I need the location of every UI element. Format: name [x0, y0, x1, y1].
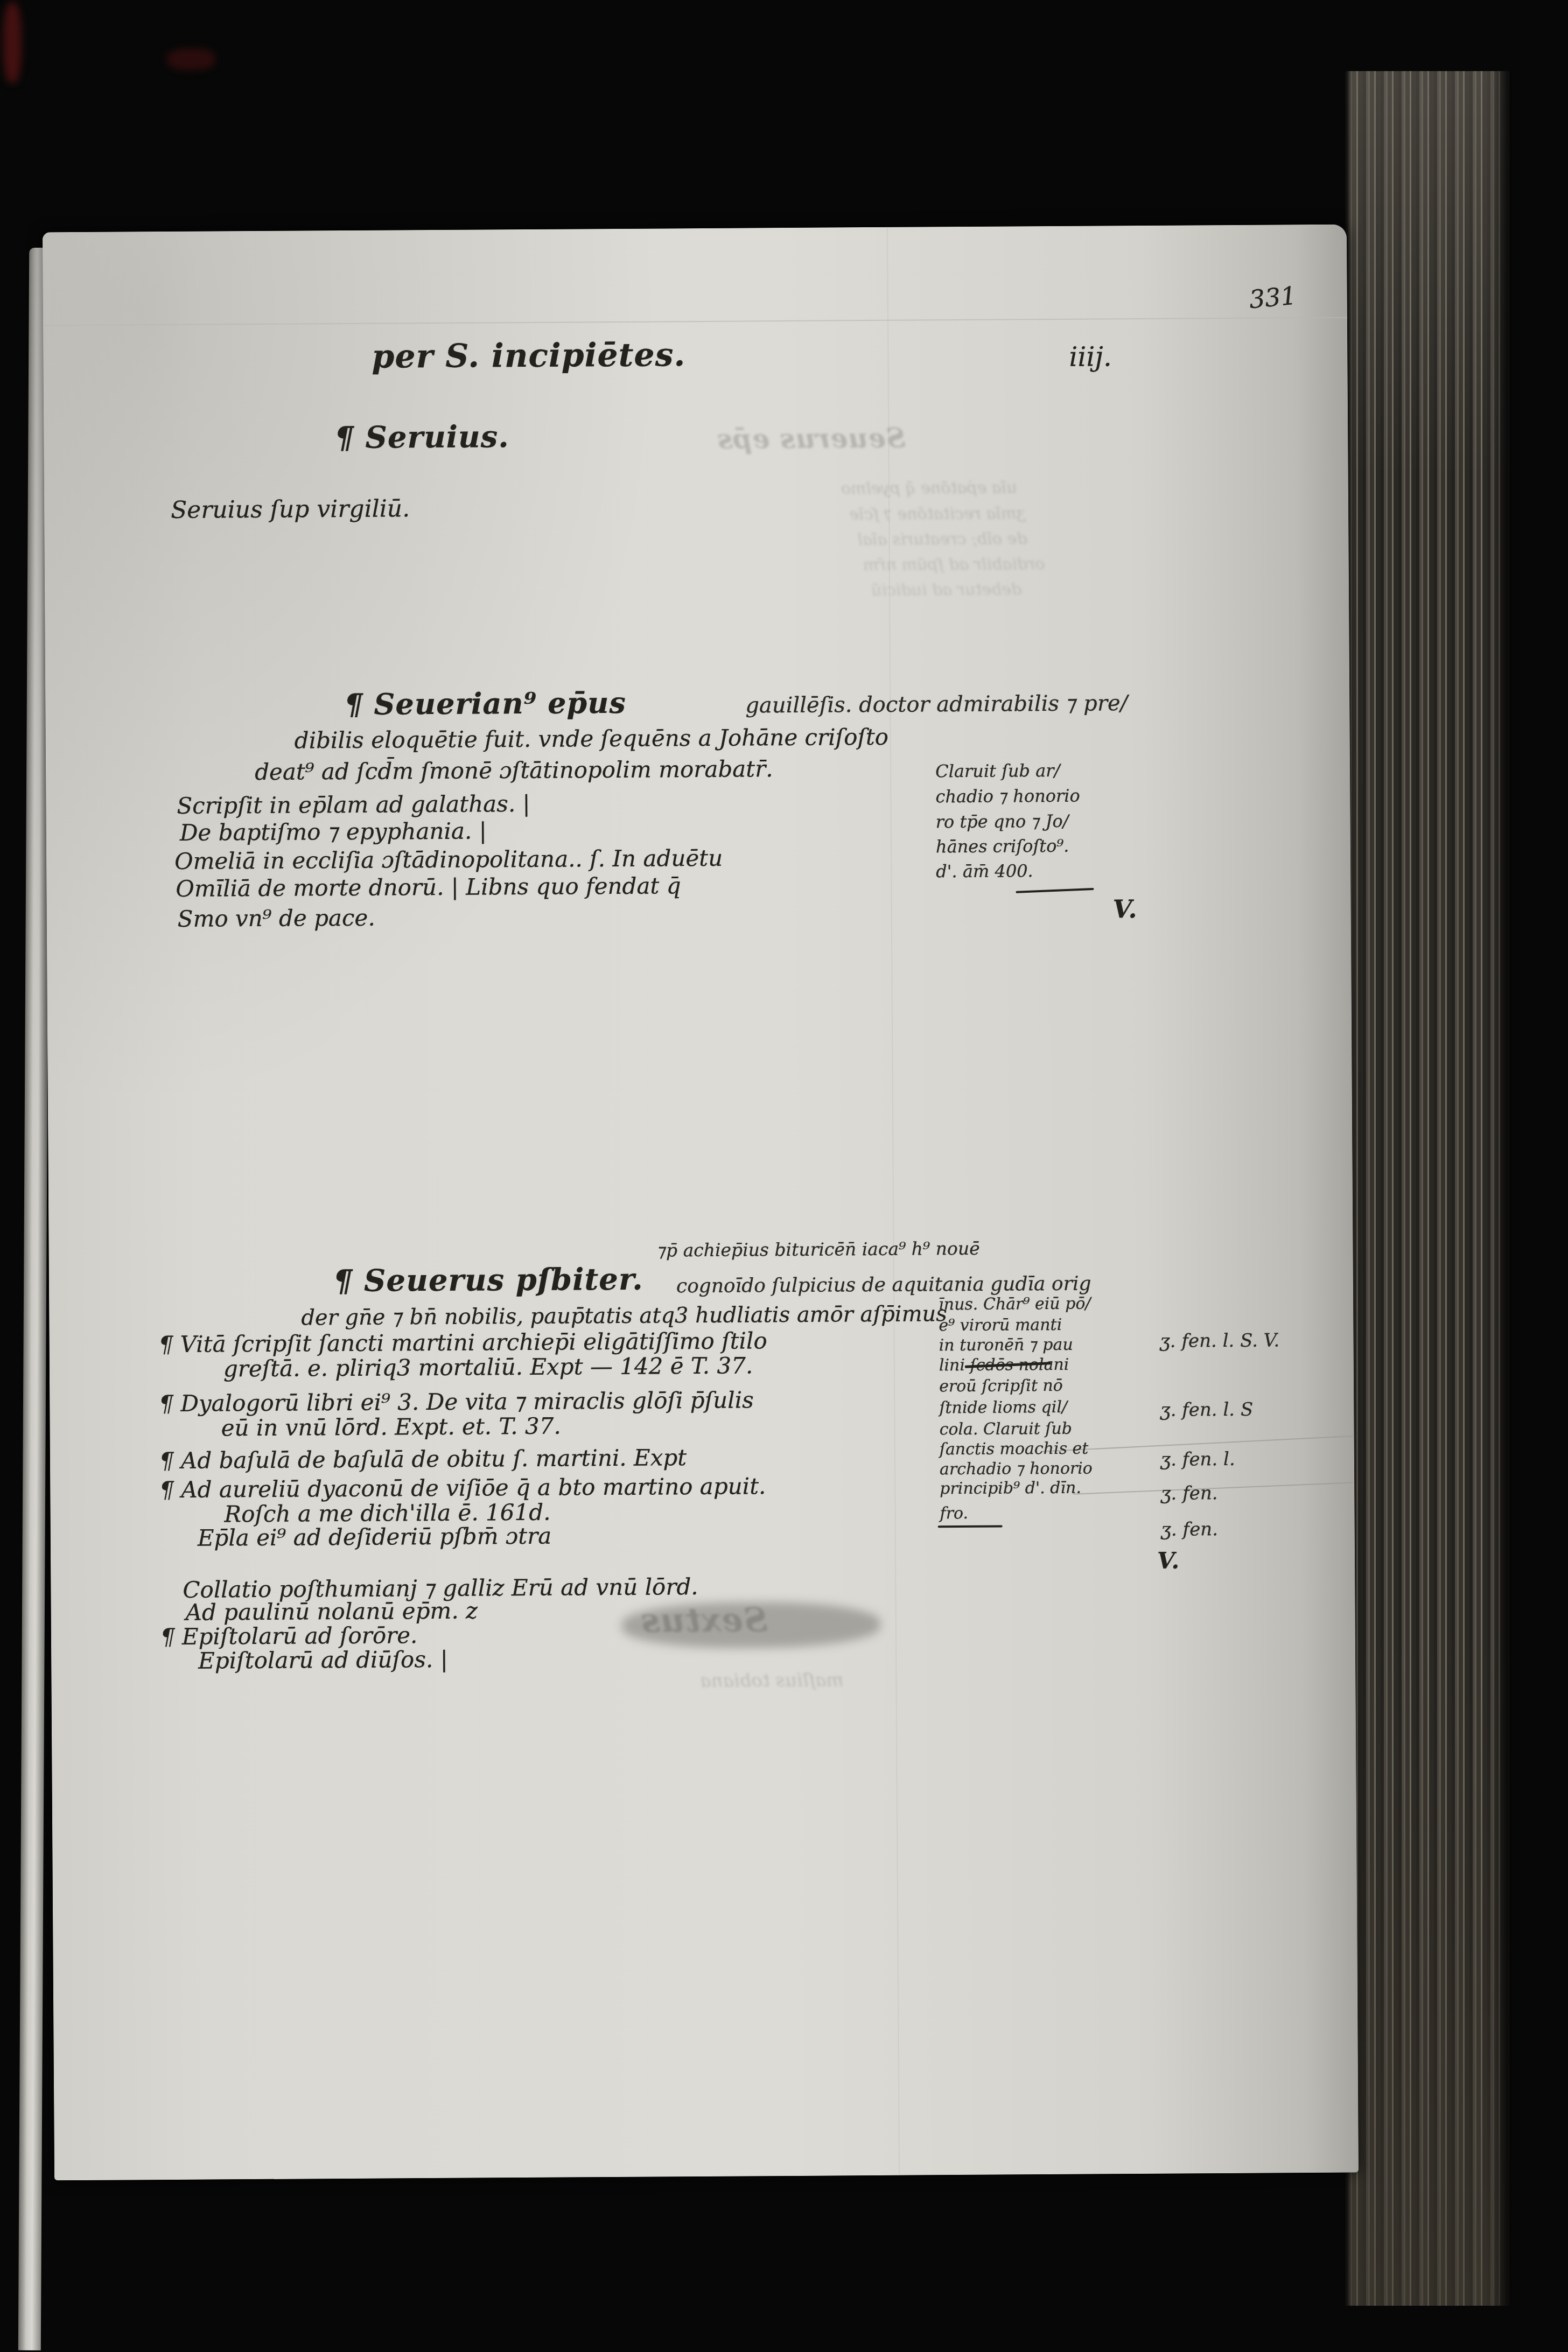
underline-stroke [1016, 888, 1094, 893]
severianus-margin-letter: V. [1113, 894, 1138, 923]
severus-work-line: Epiſtolarū ad diūſos. | [198, 1646, 448, 1674]
severus-margin-note: e⁹ virorū manti [939, 1315, 1062, 1335]
show-through-line: de oīb; creaturis aīal [857, 529, 1027, 549]
severianus-paragraph-line: deat⁹ ad ſcd̄m ſmonē ɔſtātinopolim morab… [255, 755, 773, 785]
severianus-work-line: De baptiſmo ⁊ epyphania. | [180, 817, 487, 845]
severus-margin-note: ſanctis moachis et [940, 1439, 1089, 1459]
severus-work-line: ¶ Ad aureliū dyaconū de viſiōe q̄ a bto … [159, 1473, 766, 1503]
severus-margin-note: in turonēn̄ ⁊ pau [939, 1335, 1073, 1355]
severus-margin-note: īnus. Chār⁹ eiū pō/ [939, 1294, 1091, 1314]
severus-work-line: greſtā. e. pliriq3 mortaliū. Expt — 142 … [223, 1352, 753, 1382]
show-through-line: uīa eṗatōne q̄ pyelmo [841, 478, 1017, 498]
severus-work-line: eū in vnū lōrd. Expt. et. T. 37. [221, 1413, 561, 1441]
severus-work-line: ¶ Ad baſulā de baſulā de obitu ſ. martin… [159, 1444, 687, 1474]
shelfmark-annotation: ʒ. fen. [1160, 1482, 1217, 1504]
show-through-line: ordiabilr ad ſpūm nr̄m [863, 555, 1045, 575]
severianus-work-line: Smo vn⁹ de pace. [178, 905, 375, 932]
severianus-heading: ¶ Seuerian⁹ ep̄us [344, 685, 626, 722]
severus-work-line: ¶ Epiſtolarū ad ſorōre. [160, 1622, 418, 1650]
red-archive-mark [3, 2, 22, 83]
severus-work-line: Ad paulinū nolanū ep̄m. z [185, 1598, 478, 1626]
severianus-margin-note: d'. ām̄ 400. [936, 860, 1033, 881]
severianus-margin-note: chadio ⁊ honorio [935, 786, 1080, 807]
servius-heading: ¶ Seruius. [334, 419, 509, 456]
servius-subline: Seruius ſup virgiliū. [171, 495, 410, 524]
underline-stroke [938, 1525, 1003, 1528]
severianus-margin-note: Claruit ſub ar/ [935, 760, 1060, 781]
severianus-paragraph-line: dibilis eloquētie fuit. vnde ſequēns a J… [295, 724, 889, 754]
severus-margin-letter: V. [1157, 1548, 1180, 1574]
severus-work-line: ¶ Dyalogorū libri ei⁹ 3. De vita ⁊ mirac… [159, 1387, 754, 1417]
folio-number: 331 [1248, 281, 1297, 314]
show-through-heading: Seuerus ep̄s [717, 422, 906, 455]
manuscript-page: 331 per S. incipiētes. iiij. ¶ Seruius. … [43, 225, 1359, 2181]
shelfmark-annotation: ʒ. fen. l. [1160, 1448, 1235, 1471]
severus-heading-cont: cognoīdo ſulpicius de aquitania gudīa or… [676, 1273, 1091, 1298]
severianus-margin-note: ro tp̄e qno ⁊ Jo/ [936, 811, 1069, 832]
severus-interlinear-note: ⁊p̄ achiep̄ius bituricēn̄ iaca⁹ h⁹ nouē [657, 1238, 979, 1261]
ruling-line [43, 317, 1347, 326]
severianus-work-line: Omeliā in eccliſia ɔſtādinopolitana.. ſ.… [174, 845, 723, 874]
book-fore-edge [1345, 71, 1510, 2306]
shelfmark-annotation: ʒ. fen. l. S [1160, 1399, 1253, 1421]
show-through-line: maſlius tobiana [700, 1669, 843, 1692]
severianus-work-line: Omīliā de morte dnorū. | Libns quo fenda… [176, 872, 681, 902]
severus-margin-note: fro. [940, 1504, 968, 1523]
photograph-canvas: 331 per S. incipiētes. iiij. ¶ Seruius. … [0, 0, 1568, 2352]
show-through-line: ʒmīa recitatōne ⁊ ſcīe [849, 504, 1025, 524]
severus-margin-note: archadio ⁊ honorio [940, 1459, 1093, 1479]
running-title: per S. incipiētes. [372, 336, 685, 376]
red-archive-mark [167, 48, 215, 70]
show-through-sextus: Sextus [641, 1600, 768, 1640]
shelfmark-annotation: ʒ. fen. l. S. V. [1159, 1329, 1279, 1352]
severus-paragraph-line: der gn̄e ⁊ bn̄ nobilis, paup̄tatis atq3 … [301, 1301, 947, 1330]
severus-work-line: Ep̄la ei⁹ ad deſideriū pſbm̄ ɔtra [198, 1523, 552, 1551]
severianus-work-line: Scripſit in ep̄lam ad galathas. | [177, 790, 530, 819]
severus-heading: ¶ Seuerus pſbiter. [333, 1262, 643, 1299]
severianus-margin-note: hānes criſoſto⁹. [936, 836, 1069, 857]
severus-margin-note: principib⁹ d'. dīn. [940, 1479, 1081, 1499]
severus-margin-note: eroū ſcripſit nō [939, 1376, 1063, 1396]
quire-numeral: iiij. [1069, 341, 1112, 372]
severus-margin-note: cola. Claruit ſub [939, 1419, 1072, 1439]
severianus-heading-cont: gauillēſis. doctor admirabilis ⁊ pre/ [745, 691, 1128, 718]
severus-margin-note: ſtnide lioms qil/ [939, 1398, 1067, 1417]
shelfmark-annotation: ʒ. fen. [1161, 1518, 1218, 1541]
show-through-line: debetur ad iudiciū [871, 580, 1021, 600]
